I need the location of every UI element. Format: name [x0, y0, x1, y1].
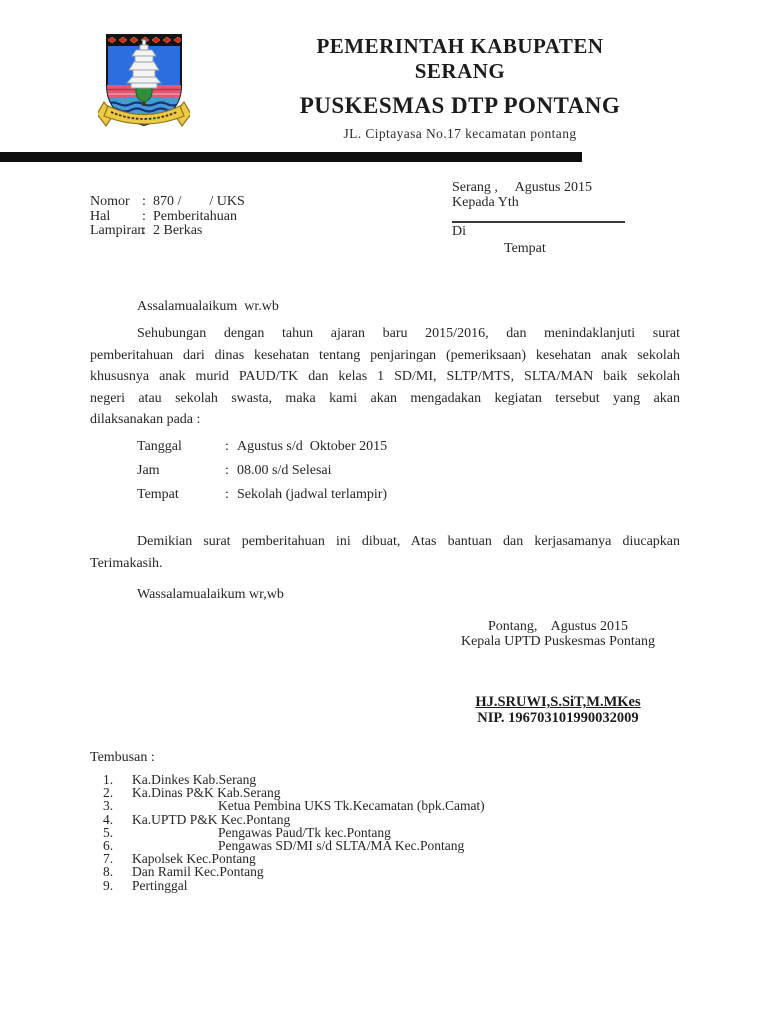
tembusan-text: Ketua Pembina UKS Tk.Kecamatan (bpk.Cama… — [132, 799, 485, 812]
tembusan-list: 1. Ka.Dinkes Kab.Serang 2. Ka.Dinas P&K … — [103, 773, 485, 892]
tembusan-number: 3. — [103, 799, 132, 812]
meta-value-nomor: 870 / / UKS — [153, 195, 245, 210]
government-title-line1: PEMERINTAH KABUPATEN — [240, 34, 680, 59]
government-title-line2: SERANG — [240, 59, 680, 84]
detail-colon: : — [225, 488, 237, 502]
city-date-line: Serang , Agustus 2015 — [452, 180, 632, 195]
signature-place-date: Pontang, Agustus 2015 — [438, 619, 678, 634]
recipient-block: Serang , Agustus 2015 Kepada Yth Di Temp… — [452, 180, 632, 256]
letterhead: PEMERINTAH KABUPATEN SERANG PUSKESMAS DT… — [240, 34, 680, 142]
opening-salutation: Assalamualaikum wr.wb — [137, 299, 279, 315]
signature-name: HJ.SRUWI,S.SiT,M.MKes — [438, 695, 678, 710]
detail-colon: : — [225, 440, 237, 454]
detail-value-jam: 08.00 s/d Selesai — [237, 464, 332, 478]
meta-label: Hal — [90, 210, 142, 225]
letterhead-divider-bar — [0, 152, 582, 162]
tembusan-number: 4. — [103, 813, 132, 826]
recipient-name-blank-line — [452, 210, 625, 223]
agency-address: JL. Ciptayasa No.17 kecamatan pontang — [240, 126, 680, 142]
tembusan-item: 4. Ka.UPTD P&K Kec.Pontang — [103, 813, 485, 826]
detail-row-jam: Jam : 08.00 s/d Selesai — [137, 464, 387, 478]
meta-label: Lampiran — [90, 224, 142, 239]
meta-value-hal: Pemberitahuan — [153, 210, 237, 225]
meta-row-lampiran: Lampiran : 2 Berkas — [90, 224, 245, 239]
detail-row-tempat: Tempat : Sekolah (jadwal terlampir) — [137, 488, 387, 502]
detail-label: Tempat — [137, 488, 225, 502]
tembusan-item: 8. Dan Ramil Kec.Pontang — [103, 865, 485, 878]
tembusan-number: 8. — [103, 865, 132, 878]
meta-row-hal: Hal : Pemberitahuan — [90, 210, 245, 225]
letter-page: PEMERINTAH KABUPATEN SERANG PUSKESMAS DT… — [0, 0, 768, 1024]
meta-value-lampiran: 2 Berkas — [153, 224, 202, 239]
tempat-line: Tempat — [452, 241, 632, 256]
tembusan-heading: Tembusan : — [90, 750, 155, 766]
tembusan-text: Ka.UPTD P&K Kec.Pontang — [132, 813, 290, 826]
closing-paragraph: Demikian surat pemberitahuan ini dibuat,… — [90, 531, 680, 574]
kepada-yth-line: Kepada Yth — [452, 195, 632, 210]
closing-salutation: Wassalamualaikum wr,wb — [137, 587, 284, 603]
closing-line: Demikian surat pemberitahuan ini dibuat,… — [90, 531, 680, 553]
serang-regency-emblem — [98, 30, 190, 132]
main-paragraph: Sehubungan dengan tahun ajaran baru 2015… — [90, 323, 680, 431]
tembusan-text: Pertinggal — [132, 879, 188, 892]
signature-nip: NIP. 196703101990032009 — [438, 711, 678, 726]
paragraph-line: negeri atau sekolah swasta, maka kami ak… — [90, 388, 680, 410]
meta-row-nomor: Nomor : 870 / / UKS — [90, 195, 245, 210]
signature-space — [438, 649, 678, 695]
detail-colon: : — [225, 464, 237, 478]
detail-value-tanggal: Agustus s/d Oktober 2015 — [237, 440, 387, 454]
detail-row-tanggal: Tanggal : Agustus s/d Oktober 2015 — [137, 440, 387, 454]
tembusan-item: 3. Ketua Pembina UKS Tk.Kecamatan (bpk.C… — [103, 799, 485, 812]
paragraph-line: Sehubungan dengan tahun ajaran baru 2015… — [90, 323, 680, 345]
signature-title: Kepala UPTD Puskesmas Pontang — [438, 634, 678, 649]
meta-label: Nomor — [90, 195, 142, 210]
tembusan-item: 9. Pertinggal — [103, 879, 485, 892]
di-line: Di — [452, 224, 632, 239]
meta-colon: : — [142, 224, 153, 239]
meta-colon: : — [142, 210, 153, 225]
detail-value-tempat: Sekolah (jadwal terlampir) — [237, 488, 387, 502]
detail-label: Jam — [137, 464, 225, 478]
letter-meta: Nomor : 870 / / UKS Hal : Pemberitahuan … — [90, 195, 245, 239]
paragraph-line: pemberitahuan dari dinas kesehatan tenta… — [90, 345, 680, 367]
event-details: Tanggal : Agustus s/d Oktober 2015 Jam :… — [137, 440, 387, 512]
serang-regency-emblem-graphic — [98, 30, 190, 132]
tembusan-text: Dan Ramil Kec.Pontang — [132, 865, 264, 878]
signature-block: Pontang, Agustus 2015 Kepala UPTD Puskes… — [438, 619, 678, 726]
agency-title: PUSKESMAS DTP PONTANG — [240, 93, 680, 119]
detail-label: Tanggal — [137, 440, 225, 454]
closing-line: Terimakasih. — [90, 553, 680, 575]
meta-colon: : — [142, 195, 153, 210]
paragraph-line: dilaksanakan pada : — [90, 409, 680, 431]
tembusan-number: 9. — [103, 879, 132, 892]
paragraph-line: khususnya anak murid PAUD/TK dan kelas 1… — [90, 366, 680, 388]
government-title: PEMERINTAH KABUPATEN SERANG — [240, 34, 680, 84]
